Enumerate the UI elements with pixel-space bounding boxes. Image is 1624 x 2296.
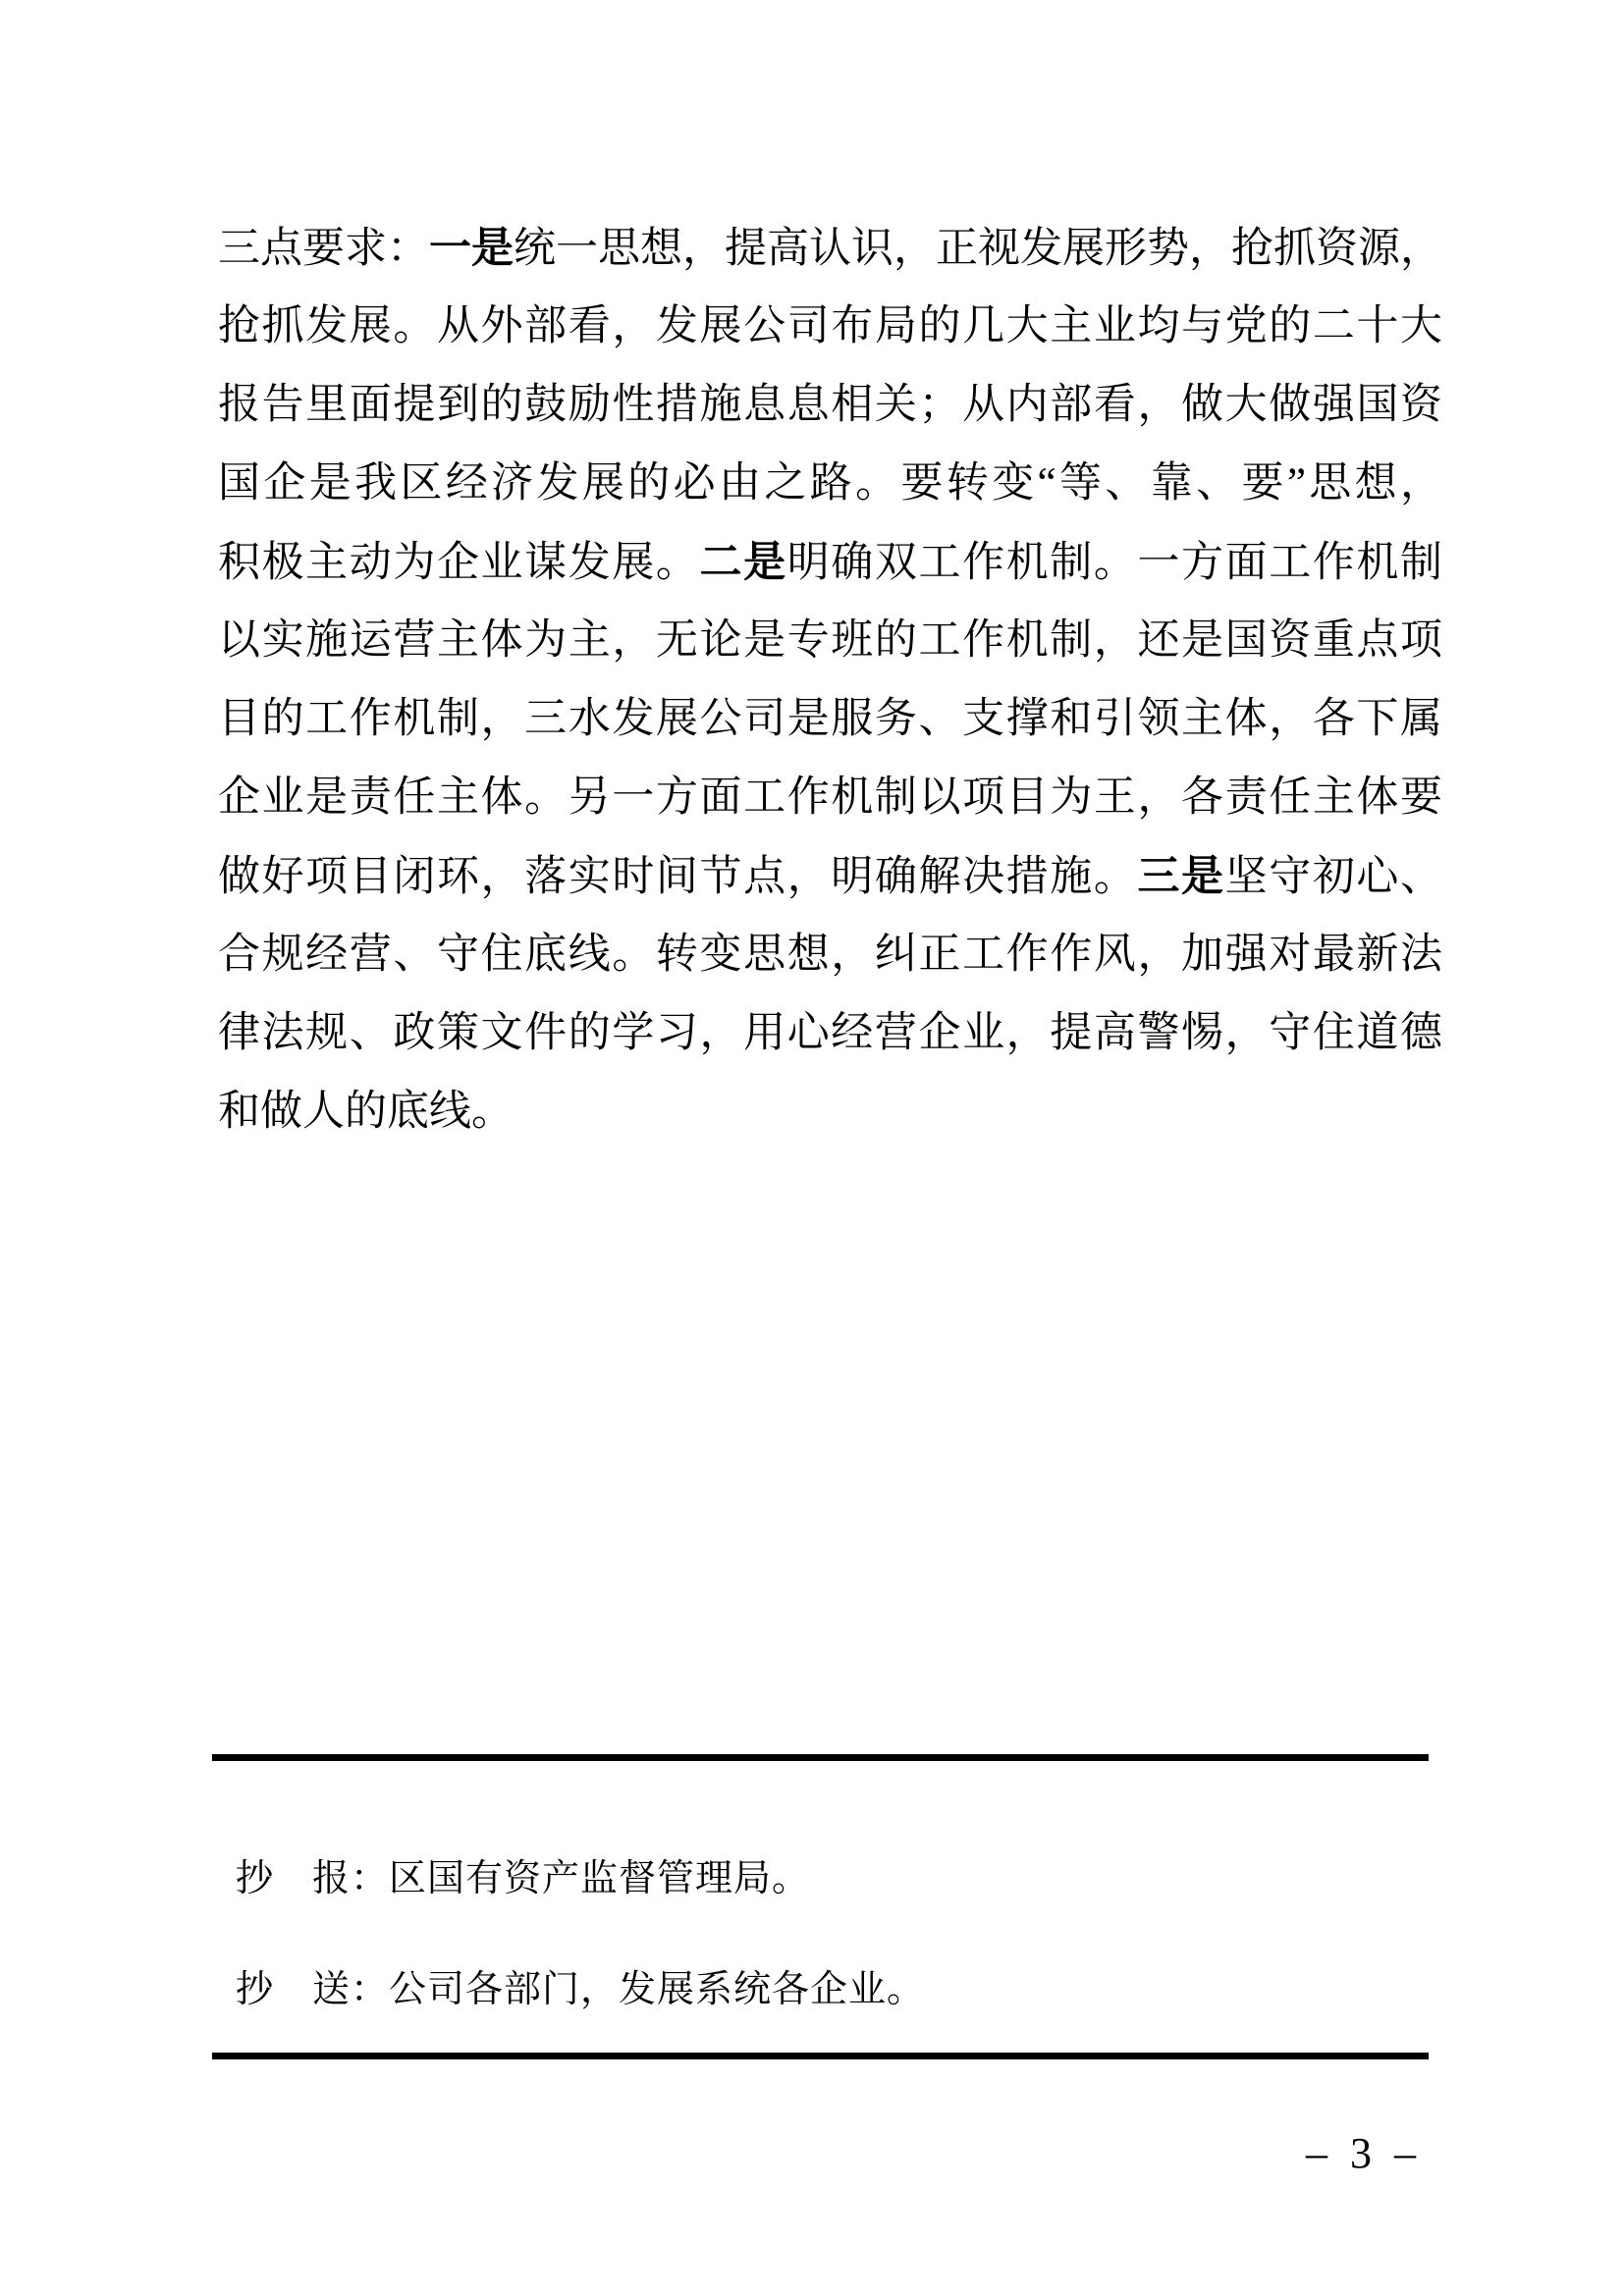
body-line: 和做人的底线。 (218, 1073, 1442, 1151)
colophon-bottom-rule (212, 2053, 1429, 2059)
page-number: – 3 – (1306, 2132, 1422, 2175)
body-line: 目的工作机制，三水发展公司是服务、支撑和引领主体，各下属 (218, 680, 1442, 759)
body-segment: 做好项目闭环，落实时间节点，明确解决措施。 (218, 854, 1137, 900)
body-line: 抢抓发展。从外部看，发展公司布局的几大主业均与党的二十大 (218, 288, 1442, 366)
body-segment: 企业是责任主体。另一方面工作机制以项目为王，各责任主体要 (218, 774, 1442, 821)
emphasis-text: 一是 (429, 225, 514, 272)
body-text: 三点要求：一是统一思想，提高认识，正视发展形势，抢抓资源，抢抓发展。从外部看，发… (218, 209, 1442, 1151)
body-segment: 坚守初心、 (1225, 854, 1442, 900)
body-segment: 三点要求： (218, 226, 429, 272)
body-segment: 明确双工作机制。一方面工作机制 (787, 540, 1442, 586)
body-line: 企业是责任主体。另一方面工作机制以项目为王，各责任主体要 (218, 759, 1442, 837)
copy-report-line: 抄 报：区国有资产监督管理局。 (236, 1860, 810, 1897)
body-segment: 抢抓发展。从外部看，发展公司布局的几大主业均与党的二十大 (218, 303, 1442, 349)
body-segment: 以实施运营主体为主，无论是专班的工作机制，还是国资重点项 (218, 617, 1442, 664)
colophon-top-rule (212, 1754, 1429, 1761)
body-segment: 积极主动为企业谋发展。 (218, 540, 700, 586)
body-line: 以实施运营主体为主，无论是专班的工作机制，还是国资重点项 (218, 602, 1442, 680)
body-line: 三点要求：一是统一思想，提高认识，正视发展形势，抢抓资源， (218, 209, 1442, 288)
emphasis-text: 二是 (700, 539, 787, 586)
copy-send-line: 抄 送：公司各部门，发展系统各企业。 (236, 1971, 925, 2008)
body-segment: 国企是我区经济发展的必由之路。要转变“等、靠、要”思想， (218, 460, 1442, 507)
body-line: 报告里面提到的鼓励性措施息息相关；从内部看，做大做强国资 (218, 366, 1442, 445)
body-line: 律法规、政策文件的学习，用心经营企业，提高警惕，守住道德 (218, 994, 1442, 1073)
body-segment: 统一思想，提高认识，正视发展形势，抢抓资源， (514, 226, 1442, 272)
body-segment: 目的工作机制，三水发展公司是服务、支撑和引领主体，各下属 (218, 696, 1442, 742)
body-line: 做好项目闭环，落实时间节点，明确解决措施。三是坚守初心、 (218, 837, 1442, 916)
body-segment: 合规经营、守住底线。转变思想，纠正工作作风，加强对最新法 (218, 932, 1442, 978)
body-segment: 报告里面提到的鼓励性措施息息相关；从内部看，做大做强国资 (218, 382, 1442, 428)
emphasis-text: 三是 (1137, 853, 1224, 900)
body-segment: 和做人的底线。 (218, 1089, 514, 1135)
body-line: 国企是我区经济发展的必由之路。要转变“等、靠、要”思想， (218, 445, 1442, 523)
body-line: 积极主动为企业谋发展。二是明确双工作机制。一方面工作机制 (218, 523, 1442, 602)
body-line: 合规经营、守住底线。转变思想，纠正工作作风，加强对最新法 (218, 916, 1442, 994)
document-page: 三点要求：一是统一思想，提高认识，正视发展形势，抢抓资源，抢抓发展。从外部看，发… (0, 0, 1624, 2296)
body-segment: 律法规、政策文件的学习，用心经营企业，提高警惕，守住道德 (218, 1010, 1442, 1056)
